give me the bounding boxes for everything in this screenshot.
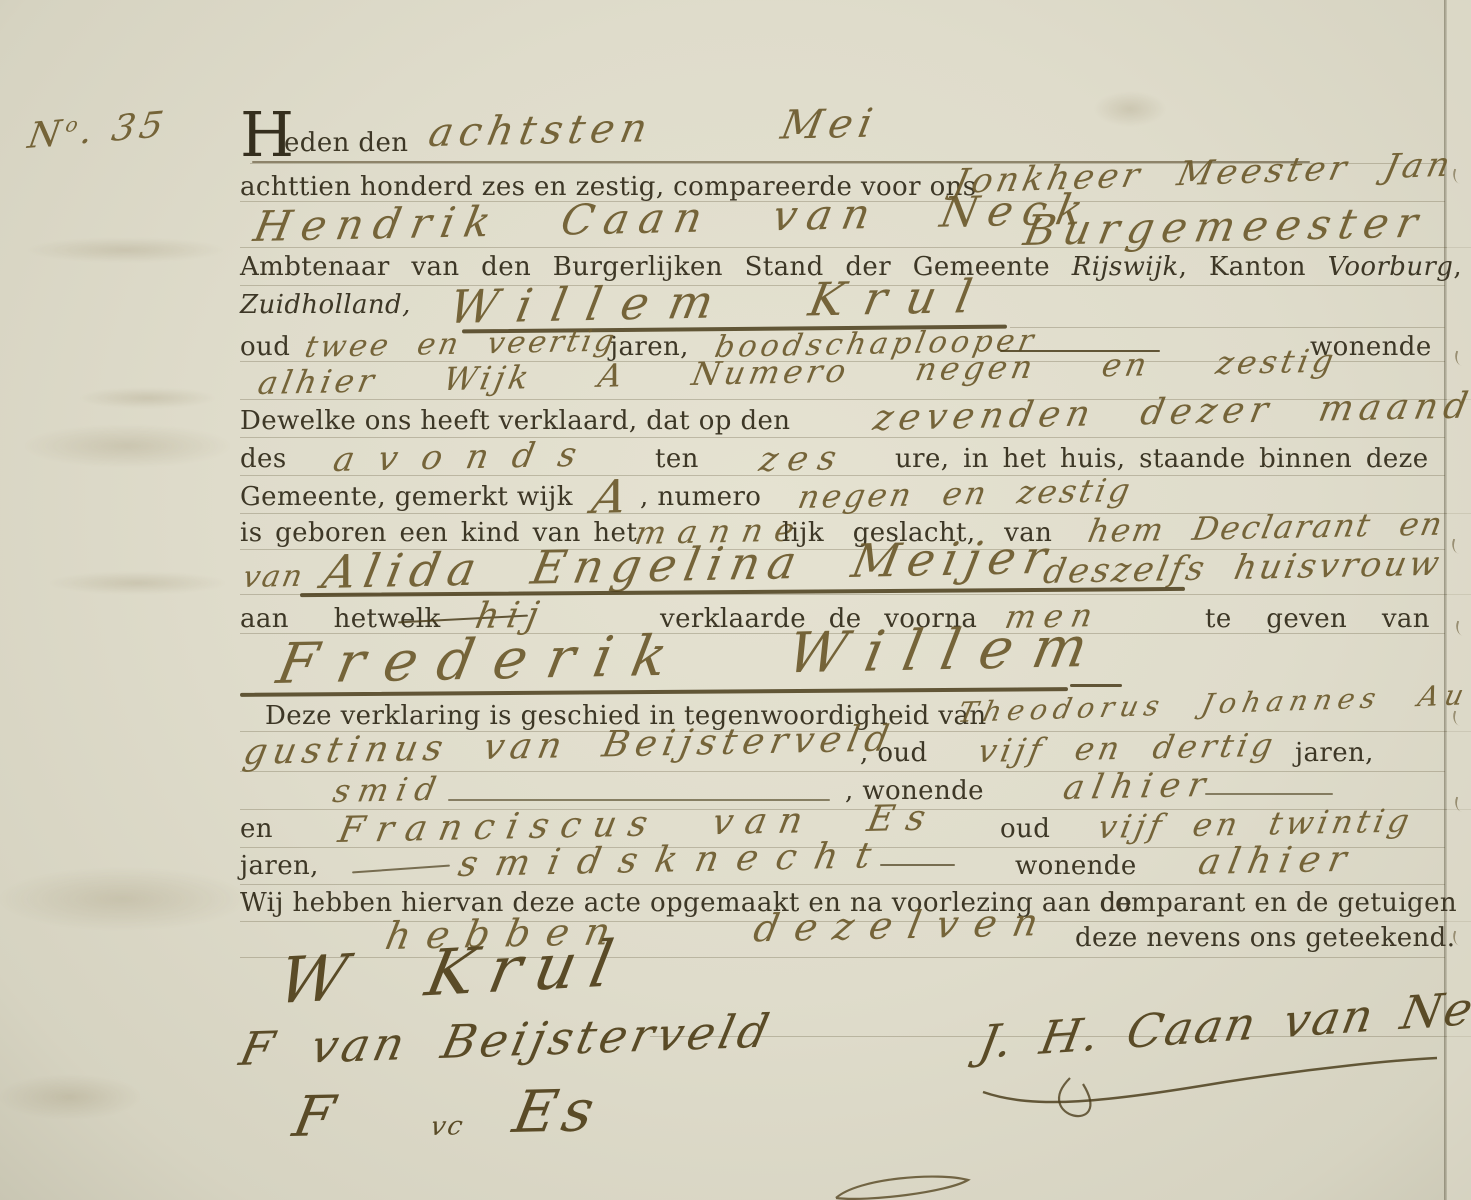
signature-flourish	[975, 1040, 1445, 1115]
record-number: No. 35	[25, 104, 170, 157]
hw-mother-rel: deszelfs huisvrouw	[1040, 544, 1445, 592]
printed-oud2: oud	[1000, 814, 1050, 844]
printed-provincie: , Provincie	[1453, 252, 1471, 282]
signature-witness2-initial: F	[288, 1084, 343, 1150]
printed-ure-huis: ure, in het huis, staande binnen deze	[895, 444, 1429, 474]
ruled-line	[1010, 327, 1445, 328]
printed-jaren1: jaren,	[1295, 738, 1374, 768]
printed-numero: , numero	[640, 482, 761, 512]
hw-daypart: avonds	[330, 434, 604, 480]
bleedthrough-smudge	[80, 388, 215, 408]
dash-stroke	[352, 865, 450, 874]
hw-witness2-residence: alhier	[1195, 839, 1358, 883]
hw-witness1-part1: Theodorus Johannes Au	[955, 678, 1471, 729]
printed-en: en	[240, 814, 273, 844]
printed-oud1: , oud	[860, 738, 928, 768]
hw-hour: zes	[756, 438, 850, 480]
record-number-prefix: N	[25, 113, 68, 157]
bleedthrough-smudge	[0, 868, 245, 930]
printed-jaren2: jaren,	[240, 851, 319, 881]
bleedthrough-smudge	[50, 572, 225, 594]
dash-stroke	[1205, 793, 1333, 795]
hw-house-number: negen en zestig	[795, 471, 1136, 516]
gemeente-name: Rijswijk	[1072, 252, 1179, 282]
hw-official-title: Burgemeester	[1020, 198, 1430, 255]
printed-geteekend: deze nevens ons geteekend.	[1075, 923, 1455, 953]
hw-birth-day: zevenden dezer maand	[870, 386, 1471, 439]
printed-des: des	[240, 444, 287, 474]
hw-father-ref: hem Declarant en	[1085, 505, 1447, 550]
bleedthrough-smudge	[28, 238, 223, 262]
ruled-line	[240, 884, 1445, 885]
hw-witness2-age: vijf en twintig	[1095, 801, 1416, 846]
signature-witness2-mid: vc	[428, 1111, 467, 1142]
hw-declarant-name: Willem Krul	[445, 269, 996, 334]
printed-heden-den: eden den	[284, 128, 408, 158]
printed-wonende2: wonende	[1015, 851, 1137, 881]
birth-certificate-scan: No. 35 H eden den achtsten Mei achttien …	[0, 0, 1471, 1200]
signature-witness2-name: Es	[508, 1076, 605, 1146]
hw-witness1-age: vijf en dertig	[975, 726, 1280, 770]
signature-declarant: W Krul	[272, 927, 633, 1019]
dash-stroke	[1070, 684, 1122, 687]
hw-mother-van: van	[240, 559, 307, 595]
hw-witness1-occupation: smid	[330, 770, 447, 810]
hw-witness1-residence: alhier	[1060, 765, 1217, 808]
provincie-name: Zuidholland,	[240, 290, 411, 320]
printed-gemerkt-wijk: Gemeente, gemerkt wijk	[240, 482, 573, 512]
record-number-rest: . 35	[77, 104, 170, 152]
bleedthrough-smudge	[25, 425, 230, 467]
printed-dewelke: Dewelke ons heeft verklaard, dat op den	[240, 406, 790, 436]
bleedthrough-smudge	[0, 1075, 140, 1119]
kanton-name: Voorburg	[1328, 252, 1454, 282]
hw-witness2-occupation: smidsknecht	[455, 835, 892, 885]
printed-comparant-getuigen: comparant en de getuigen	[1100, 888, 1457, 918]
printed-oud: oud	[240, 332, 290, 362]
printed-ten: ten	[655, 444, 699, 474]
dash-stroke	[880, 864, 955, 866]
printed-kanton: , Kanton	[1179, 252, 1306, 282]
printed-te-geven-van: te geven van	[1205, 604, 1430, 634]
bleedthrough-smudge	[1095, 92, 1165, 126]
pen-loop	[828, 1172, 988, 1200]
hw-wijk-letter: A	[588, 469, 634, 524]
hw-date: achtsten Mei	[425, 101, 882, 156]
